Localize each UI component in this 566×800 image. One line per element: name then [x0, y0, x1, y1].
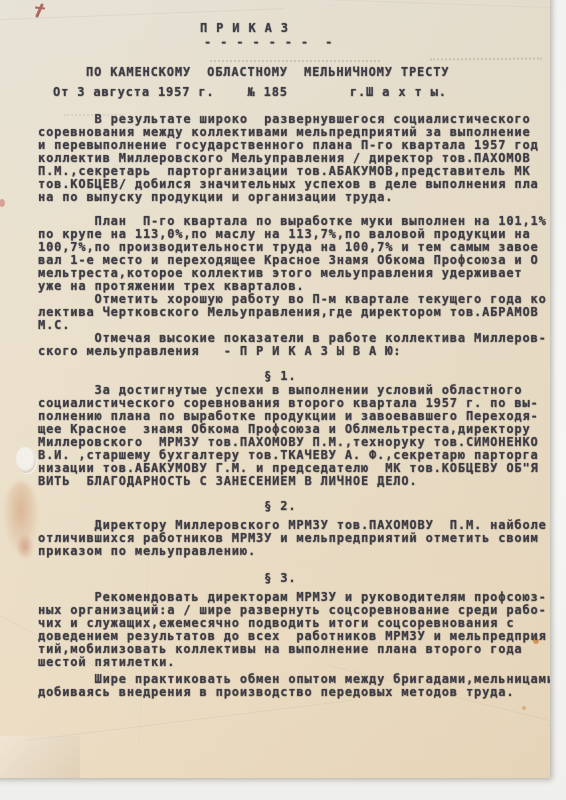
paper-hole-mark [16, 447, 36, 473]
document-page: П Р И К А З - - - - - - - - ПО КАМЕНСКОМ… [0, 0, 550, 778]
order-city: г.Ш а х т ы. [350, 86, 447, 99]
rust-stain [16, 534, 34, 560]
command-paragraph: Отмечая высокие показатели в работе колл… [38, 332, 550, 358]
paper-crease [244, 0, 550, 10]
orange-speck [522, 706, 526, 710]
section-2-paragraph: Директору Миллеровского МРМЗУ тов.ПАХОМО… [38, 519, 550, 558]
chertkovo-paragraph: Отметить хорошую работу во П-м квартале … [38, 293, 550, 332]
paper-crease [0, 8, 284, 22]
order-subject: ПО КАМЕНСКОМУ ОБЛАСТНОМУ МЕЛЬНИЧНОМУ ТРЕ… [86, 66, 550, 79]
section-3-label: § 3. [38, 572, 550, 585]
section-1-paragraph: За достигнутые успехи в выполнении услов… [38, 384, 550, 488]
paper-shadow-wrap: П Р И К А З - - - - - - - - ПО КАМЕНСКОМ… [0, 0, 566, 800]
section-3-continued-paragraph: Шире практиковать обмен опытом между бри… [38, 673, 550, 699]
typewritten-content: П Р И К А З - - - - - - - - ПО КАМЕНСКОМ… [38, 22, 550, 699]
order-number: № 185 [248, 86, 288, 99]
section-1-label: § 1. [38, 370, 550, 383]
section-3-paragraph: Рекомендовать директорам МРМЗУ и руковод… [38, 591, 550, 669]
order-date: От 3 августа 1957 г. [53, 86, 215, 99]
red-ink-speck [35, 3, 44, 18]
scanned-order-document: { "page": { "background_color": "#f4f4f2… [0, 0, 566, 800]
order-date-line: От 3 августа 1957 г. № 185 г.Ш а х т ы. [38, 86, 550, 99]
section-2-label: § 2. [38, 500, 550, 513]
paper-fold-corner [0, 736, 80, 778]
intro-paragraph: В результате широко развернувшегося соци… [38, 113, 550, 204]
pink-ink-speck [0, 199, 5, 207]
results-paragraph: План П-го квартала по выработке муки вып… [38, 215, 550, 293]
title-underline: - - - - - - - - [204, 36, 550, 49]
order-title: П Р И К А З [200, 22, 550, 35]
